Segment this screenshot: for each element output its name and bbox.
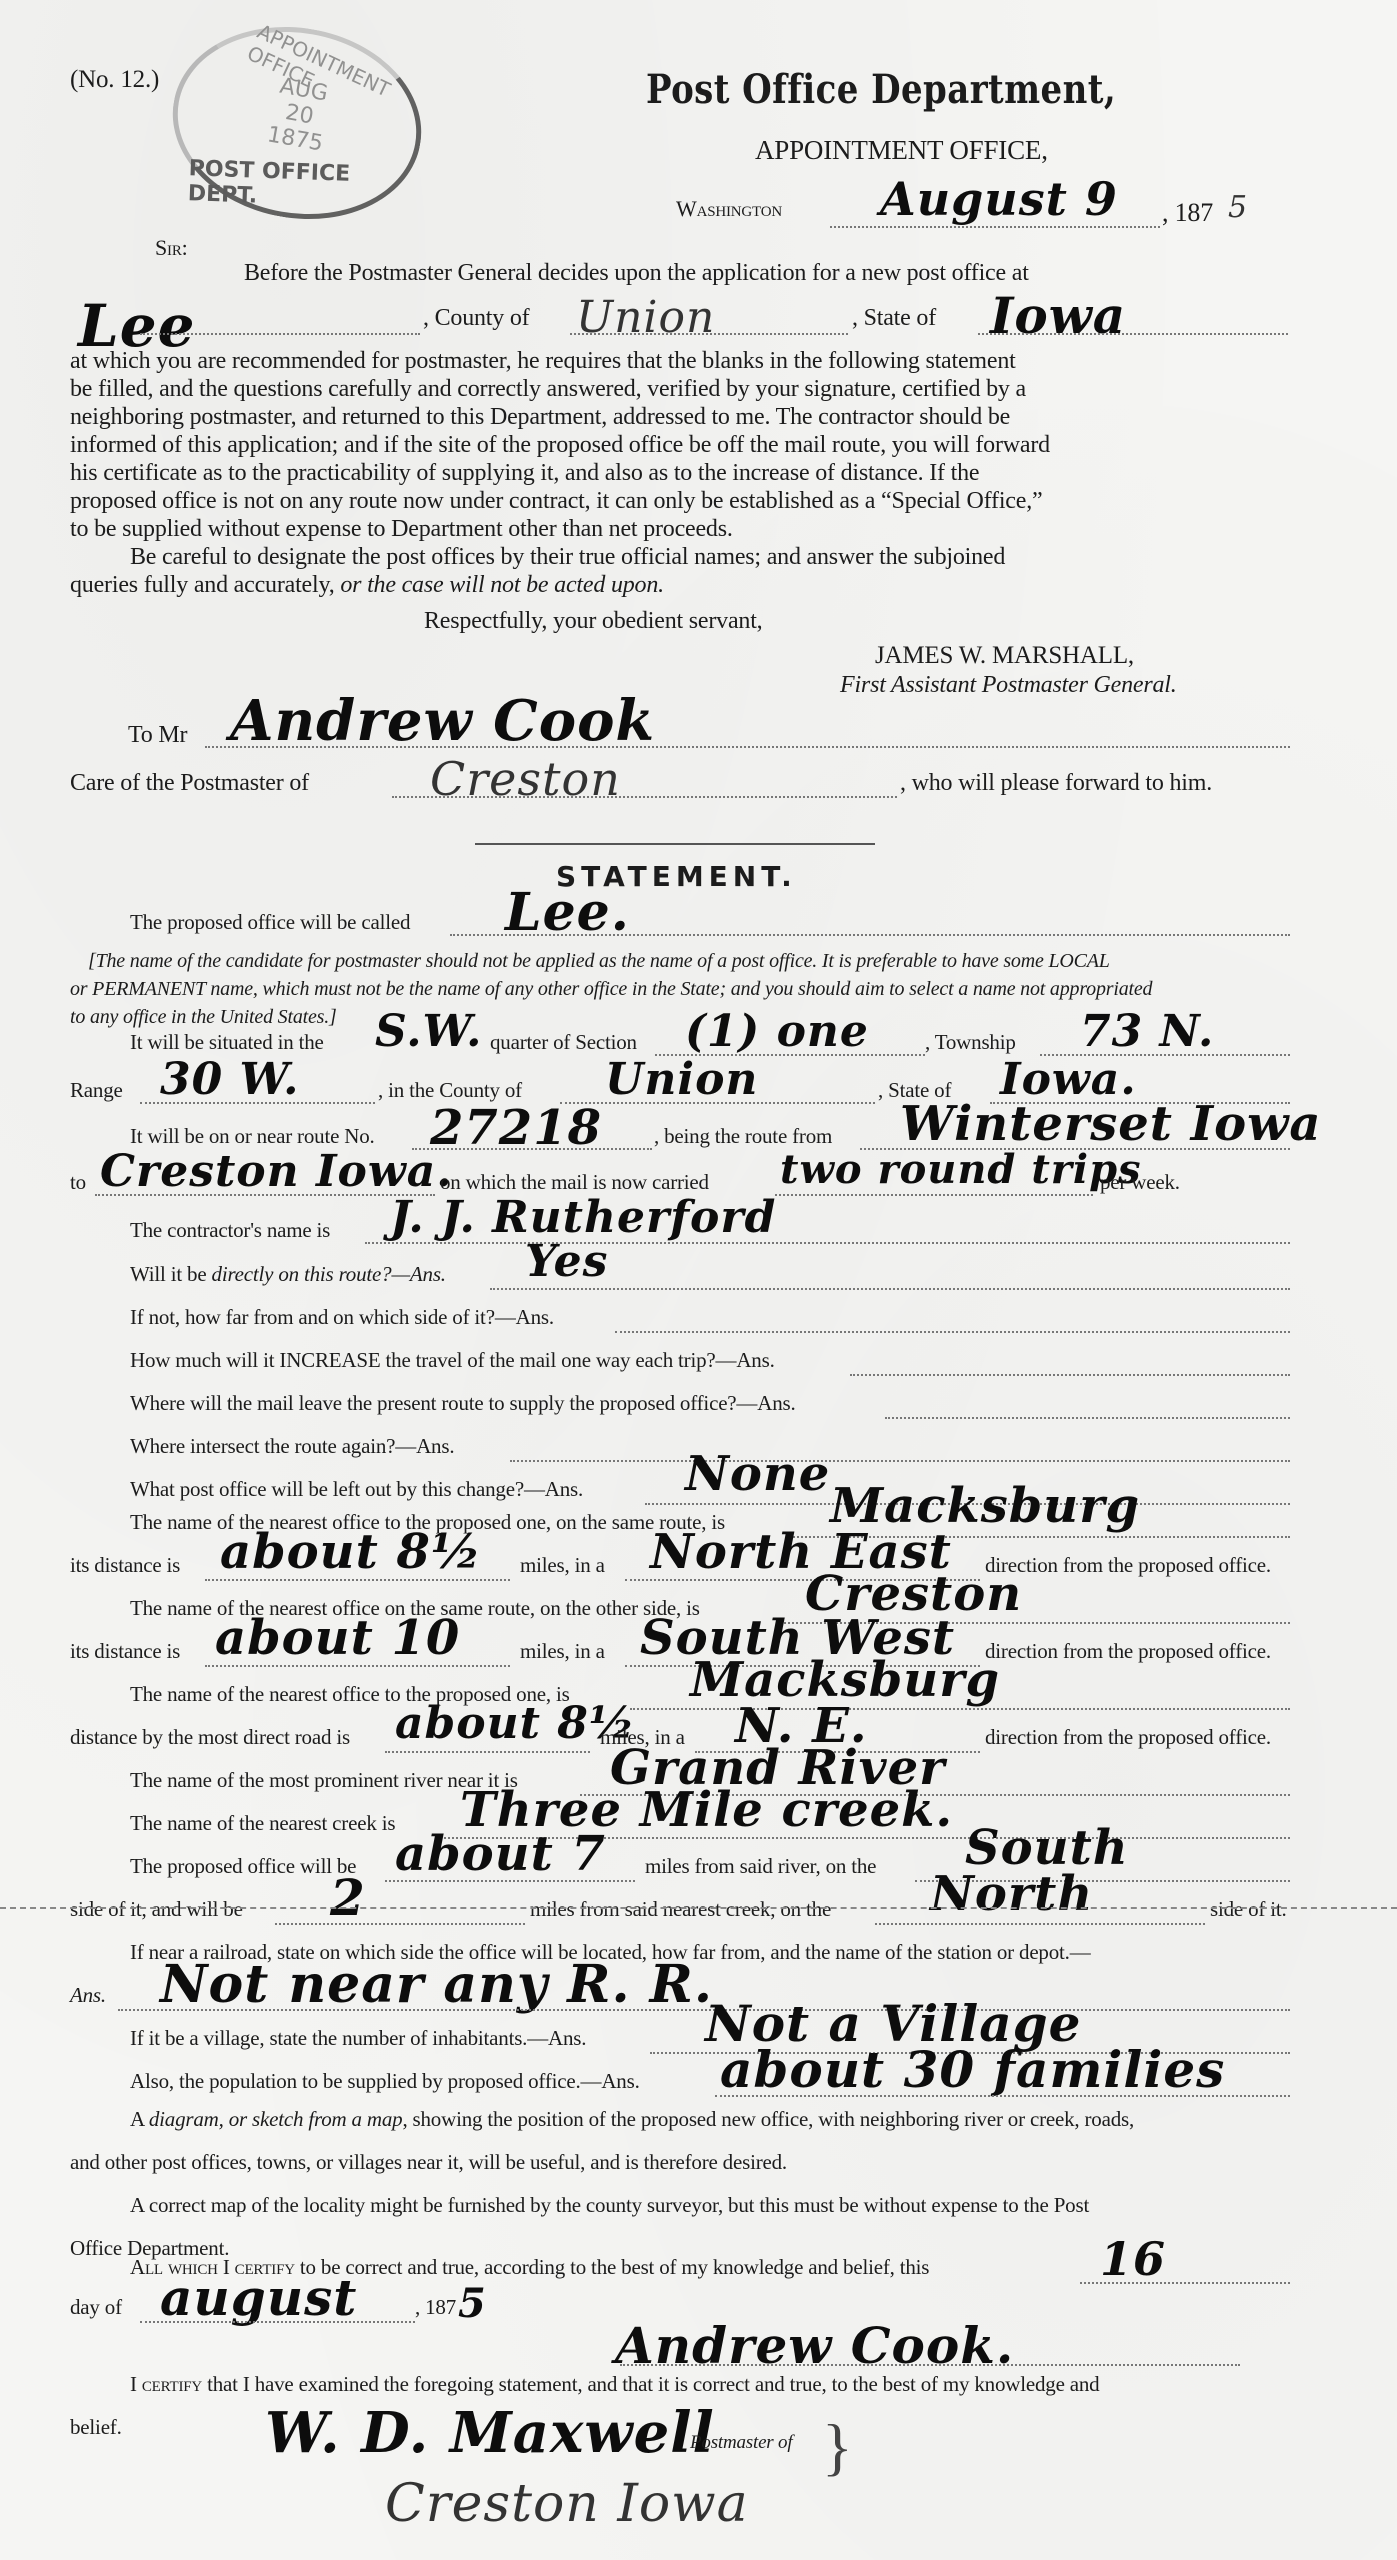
year-printed: , 187 bbox=[1162, 198, 1213, 228]
careful-line-1: Be careful to designate the post offices… bbox=[130, 544, 1005, 571]
left-out-handwritten: None bbox=[685, 1446, 830, 1502]
railroad-handwritten: Not near any R. R. bbox=[160, 1954, 713, 2015]
river-dist-handwritten: about 7 bbox=[395, 1826, 606, 1882]
divider bbox=[475, 843, 875, 845]
certify-text: to be correct and true, according to the… bbox=[295, 2255, 929, 2279]
letter-body-line: his certificate as to the practicability… bbox=[70, 460, 979, 487]
state-label: , State of bbox=[852, 305, 936, 332]
question-leave-route: Where will the mail leave the present ro… bbox=[130, 1391, 796, 1416]
date-handwritten: August 9 bbox=[880, 172, 1118, 226]
month-handwritten: august bbox=[160, 2268, 357, 2327]
dist1-handwritten: about 8½ bbox=[220, 1524, 482, 1580]
situated-label: It will be situated in the bbox=[130, 1030, 324, 1055]
question-intersect: Where intersect the route again?—Ans. bbox=[130, 1434, 454, 1459]
letter-body-line: proposed office is not on any route now … bbox=[70, 488, 1042, 515]
received-stamp: APPOINTMENT OFFICE AUG 20 1875 POST OFFI… bbox=[157, 8, 436, 239]
section-label: quarter of Section bbox=[490, 1030, 637, 1055]
postmaster-location: Creston Iowa bbox=[385, 2474, 749, 2534]
care-label: Care of the Postmaster of bbox=[70, 770, 309, 797]
letter-body-line: to be supplied without expense to Depart… bbox=[70, 516, 733, 543]
stamp-bottom-text: POST OFFICE DEPT. bbox=[187, 156, 407, 214]
place-label: Washington bbox=[676, 196, 782, 222]
creek-side-label: miles from said nearest creek, on the bbox=[530, 1897, 831, 1922]
careful-line-2-italic: or the case will not be acted upon. bbox=[335, 572, 664, 598]
applicant-signature: Andrew Cook. bbox=[615, 2316, 1014, 2375]
careful-line-2-text: queries fully and accurately, bbox=[70, 572, 335, 598]
note-line: or PERMANENT name, which must not be the… bbox=[70, 978, 1152, 1001]
department-title: Post Office Department, bbox=[646, 66, 1116, 113]
state-handwritten: Iowa bbox=[990, 286, 1126, 345]
population-label: Also, the population to be supplied by p… bbox=[130, 2069, 640, 2094]
letter-body-line: neighboring postmaster, and returned to … bbox=[70, 404, 1010, 431]
direct-label-italic: directly on this route? bbox=[212, 1262, 392, 1286]
township-label: , Township bbox=[925, 1030, 1016, 1055]
creek-dist-handwritten: 2 bbox=[330, 1868, 366, 1927]
form-number: (No. 12.) bbox=[70, 66, 159, 94]
day-of-label: day of bbox=[70, 2295, 122, 2320]
direct-label-text: Will it be bbox=[130, 1262, 212, 1286]
fold-line bbox=[0, 1907, 1397, 1909]
map-line-1: A correct map of the locality might be f… bbox=[130, 2193, 1089, 2218]
recipient-handwritten: Andrew Cook bbox=[230, 688, 655, 754]
range-handwritten: 30 W. bbox=[160, 1054, 299, 1105]
in-county-handwritten: Union bbox=[605, 1054, 758, 1105]
question-off-route: If not, how far from and on which side o… bbox=[130, 1305, 554, 1330]
dist1-miles-label: miles, in a bbox=[520, 1553, 605, 1578]
direct-handwritten: Yes bbox=[525, 1236, 608, 1287]
side-label: side of it, and will be bbox=[70, 1897, 243, 1922]
river-side-label: miles from said river, on the bbox=[645, 1854, 876, 1879]
dist2-handwritten: about 10 bbox=[215, 1610, 460, 1666]
certify-day-handwritten: 16 bbox=[1100, 2232, 1166, 2286]
pm-certify-belief: belief. bbox=[70, 2415, 122, 2440]
dist2-miles-label: miles, in a bbox=[520, 1639, 605, 1664]
pm-certify-caps: I certify bbox=[130, 2372, 202, 2396]
creek-label: The name of the nearest creek is bbox=[130, 1811, 395, 1836]
cert-year-handwritten: 5 bbox=[458, 2280, 487, 2327]
office-title: APPOINTMENT OFFICE, bbox=[755, 135, 1048, 166]
diagram-text-rest: , showing the position of the proposed n… bbox=[402, 2107, 1134, 2131]
document-page: (No. 12.) APPOINTMENT OFFICE AUG 20 1875… bbox=[0, 0, 1397, 2560]
postmaster-of-label: Postmaster of bbox=[690, 2432, 792, 2454]
county-label: , County of bbox=[423, 305, 529, 332]
pm-certify-text: that I have examined the foregoing state… bbox=[202, 2372, 1099, 2396]
intro-text: Before the Postmaster General decides up… bbox=[244, 260, 1029, 287]
route-from-handwritten: Winterset Iowa bbox=[900, 1096, 1322, 1152]
year-handwritten: 5 bbox=[1228, 190, 1248, 225]
population-handwritten: about 30 families bbox=[720, 2040, 1225, 2099]
note-line: to any office in the United States.] bbox=[70, 1006, 337, 1029]
dir2-suffix: direction from the proposed office. bbox=[985, 1639, 1271, 1664]
creek-side-handwritten: North bbox=[930, 1866, 1093, 1922]
bracket: } bbox=[822, 2415, 853, 2479]
closing: Respectfully, your obedient servant, bbox=[424, 608, 762, 635]
letter-body-line: at which you are recommended for postmas… bbox=[70, 348, 1016, 375]
township-handwritten: 73 N. bbox=[1080, 1006, 1214, 1057]
diagram-text: A bbox=[130, 2107, 149, 2131]
carried-handwritten: two round trips bbox=[780, 1146, 1142, 1193]
direct-label: Will it be directly on this route?—Ans. bbox=[130, 1262, 446, 1287]
side-suffix: side of it. bbox=[1210, 1897, 1287, 1922]
to-label: To Mr bbox=[128, 722, 187, 749]
quarter-handwritten: S.W. bbox=[375, 1006, 482, 1057]
dist2-label: its distance is bbox=[70, 1639, 180, 1664]
care-suffix: , who will please forward to him. bbox=[900, 770, 1212, 797]
contractor-label: The contractor's name is bbox=[130, 1218, 330, 1243]
salutation: Sir: bbox=[155, 235, 188, 261]
dist1-label: its distance is bbox=[70, 1553, 180, 1578]
river-dist-label: The proposed office will be bbox=[130, 1854, 356, 1879]
letter-body-line: be filled, and the questions carefully a… bbox=[70, 376, 1026, 403]
diagram-line-2: and other post offices, towns, or villag… bbox=[70, 2150, 787, 2175]
dir3-suffix: direction from the proposed office. bbox=[985, 1725, 1271, 1750]
postmaster-signature: W. D. Maxwell bbox=[265, 2400, 715, 2466]
diagram-italic: diagram, or sketch from a map bbox=[149, 2107, 403, 2131]
letter-body-line: informed of this application; and if the… bbox=[70, 432, 1050, 459]
question-left-out: What post office will be left out by thi… bbox=[130, 1477, 583, 1502]
called-label: The proposed office will be called bbox=[130, 910, 410, 935]
pm-certify-line: I certify that I have examined the foreg… bbox=[130, 2372, 1100, 2397]
direct-label-ans: —Ans. bbox=[391, 1262, 445, 1286]
signer-name: JAMES W. MARSHALL, bbox=[875, 642, 1134, 670]
cert-year-printed: , 187 bbox=[415, 2295, 456, 2320]
range-label: Range bbox=[70, 1078, 123, 1103]
diagram-line-1: A diagram, or sketch from a map, showing… bbox=[130, 2107, 1134, 2132]
village-label: If it be a village, state the number of … bbox=[130, 2026, 586, 2051]
per-week-label: per week. bbox=[1100, 1170, 1180, 1195]
route-to-label: to bbox=[70, 1170, 86, 1195]
route-to-handwritten: Creston Iowa. bbox=[100, 1146, 453, 1197]
railroad-ans-label: Ans. bbox=[70, 1983, 106, 2008]
question-increase: How much will it INCREASE the travel of … bbox=[130, 1348, 775, 1373]
careful-line-2: queries fully and accurately, or the cas… bbox=[70, 572, 664, 599]
dir1-suffix: direction from the proposed office. bbox=[985, 1553, 1271, 1578]
signer-title: First Assistant Postmaster General. bbox=[840, 672, 1177, 699]
section-handwritten: (1) one bbox=[685, 1006, 869, 1057]
direct-road-label: distance by the most direct road is bbox=[70, 1725, 350, 1750]
note-line: [The name of the candidate for postmaste… bbox=[88, 950, 1110, 973]
stamp-date: AUG 20 1875 bbox=[258, 72, 340, 158]
county-handwritten: Union bbox=[576, 292, 715, 343]
